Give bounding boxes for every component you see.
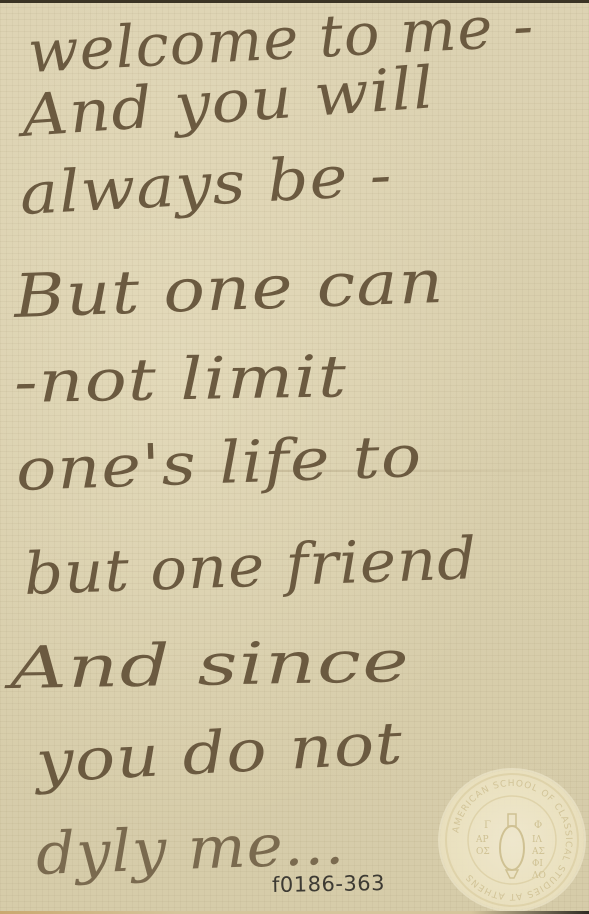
- svg-text:ΟΣ: ΟΣ: [476, 847, 490, 857]
- svg-text:Γ: Γ: [484, 820, 491, 831]
- svg-text:ΙΛ: ΙΛ: [532, 835, 543, 845]
- letter-page: welcome to me - And you will always be -…: [0, 0, 589, 914]
- handwritten-line-6: one's life to: [15, 422, 423, 504]
- handwritten-line-9: you do not: [34, 709, 405, 796]
- svg-text:ΑΣ: ΑΣ: [531, 847, 545, 857]
- handwritten-line-7: but one friend: [23, 524, 479, 608]
- embossed-seal: AMERICAN SCHOOL OF CLASSICAL STUDIES AT …: [440, 770, 584, 910]
- svg-text:ΑΡ: ΑΡ: [475, 835, 489, 845]
- seal-emblem-icon: AMERICAN SCHOOL OF CLASSICAL STUDIES AT …: [440, 770, 584, 910]
- handwritten-line-4: But one can: [13, 247, 446, 332]
- svg-text:ΦΙ: ΦΙ: [532, 859, 543, 869]
- archive-reference-number: f0186-363: [272, 871, 385, 897]
- svg-text:AMERICAN SCHOOL OF CLASSICAL S: AMERICAN SCHOOL OF CLASSICAL STUDIES AT …: [451, 779, 573, 901]
- svg-text:Φ: Φ: [534, 820, 542, 831]
- handwritten-line-8: And since: [9, 627, 410, 702]
- handwritten-line-3: always be -: [18, 141, 394, 228]
- svg-text:ΛΟ: ΛΟ: [531, 871, 546, 881]
- handwritten-line-5: -not limit: [13, 342, 347, 416]
